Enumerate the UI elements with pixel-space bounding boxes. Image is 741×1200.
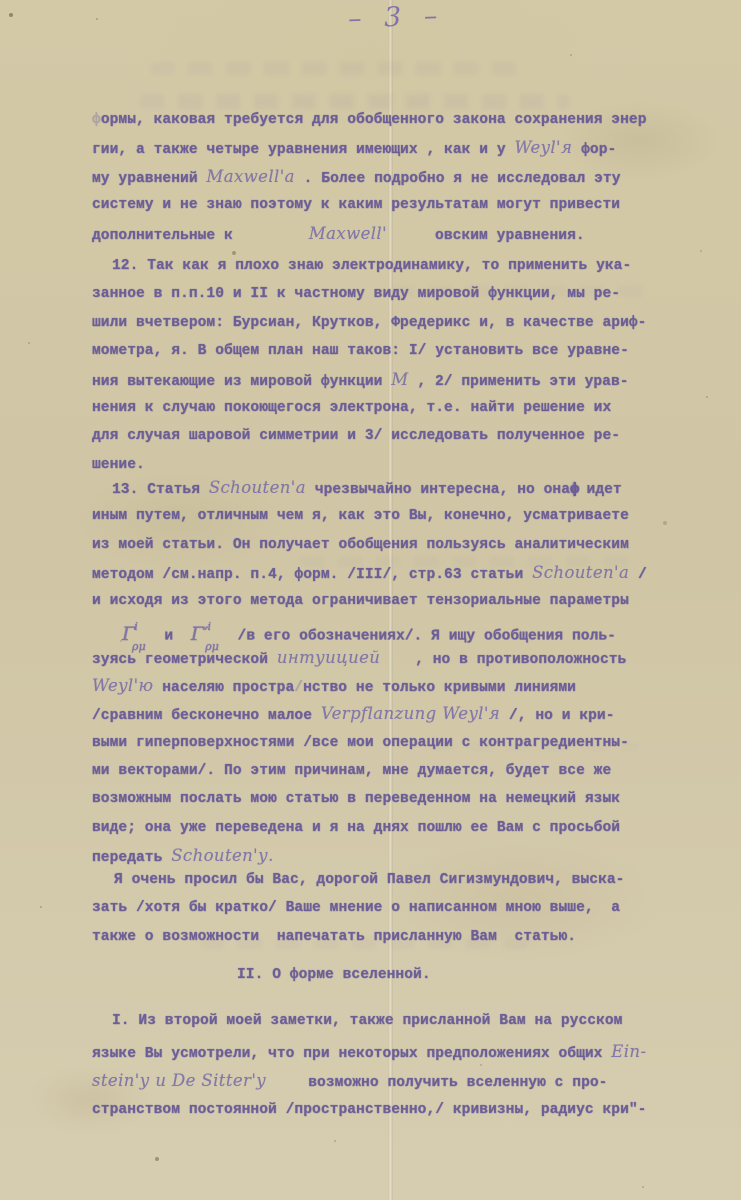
- text-line: странством постоянной /пространственно,/…: [92, 1096, 664, 1126]
- text-line: дополнительные кMaxwell'овским уравнения…: [92, 220, 664, 248]
- typed-text: /, но и кри-: [500, 708, 614, 724]
- page-number: – 3 –: [347, 0, 444, 34]
- gamma-tensor-symbol: Γ′iρμ: [191, 623, 220, 645]
- handwritten-text: Schouten'а: [209, 478, 306, 497]
- text-line: зуясь геометрической интуицией , но в пр…: [92, 644, 664, 672]
- typed-text: нения к случаю покоющегося электрона, т.…: [92, 400, 611, 416]
- typed-text: I. Из второй моей заметки, также прислан…: [112, 1013, 622, 1029]
- typed-text: ми векторами/. По этим причинам, мне дум…: [92, 763, 611, 779]
- typed-text: /сравним бесконечно малое: [92, 708, 321, 724]
- typed-text: передать: [92, 850, 171, 866]
- typed-text: шили вчетвером: Бурсиан, Крутков, Фредер…: [92, 315, 647, 331]
- paragraph-13: 13. Статья Schouten'а чрезвычайно интере…: [92, 474, 664, 870]
- text-line: stein'у и De Sitter'увозможно получить в…: [92, 1066, 664, 1096]
- typed-text: шение.: [92, 457, 145, 473]
- text-line: II. О форме вселенной.: [237, 961, 741, 989]
- text-line: гии, а также четыре уравнения имеющих , …: [92, 134, 664, 162]
- typed-text: выми гиперповерхностями /все мои операци…: [92, 735, 629, 751]
- text-line: иным путем, отличным чем я, как это Вы, …: [92, 502, 664, 530]
- typed-text: , 2/ применить эти урав-: [409, 374, 629, 390]
- text-line: 12. Так как я плохо знаю электродинамику…: [92, 252, 664, 280]
- typed-text: ния вытекающие из мировой функции: [92, 374, 391, 390]
- ink-bleedthrough: [150, 62, 530, 75]
- section-heading: II. О форме вселенной.: [237, 961, 741, 989]
- text-line: занное в п.п.10 и II к частному виду мир…: [92, 280, 664, 308]
- paper-specks: [0, 0, 2, 2]
- text-line: 13. Статья Schouten'а чрезвычайно интере…: [92, 474, 664, 502]
- text-line: нения к случаю покоющегося электрона, т.…: [92, 394, 664, 422]
- typed-text: овским уравнения.: [435, 228, 585, 244]
- typed-text: языке Вы усмотрели, что при некоторых пр…: [92, 1046, 611, 1062]
- text-line: Γiρμ и Γ′iρμ /в его обозначениях/. Я ищу…: [92, 615, 664, 643]
- typed-text: идет: [578, 482, 622, 498]
- typed-text: странством постоянной /пространственно,/…: [92, 1102, 647, 1118]
- text-line: Weyl'ю населяю простра/нство не только к…: [92, 672, 664, 700]
- typed-text: нство не только кривыми линиями: [303, 680, 576, 696]
- paragraph-continuation: формы, каковая требуется для обобщенного…: [92, 106, 664, 248]
- text-line: виде; она уже переведена и я на днях пош…: [92, 814, 664, 842]
- typed-text: иным путем, отличным чем я, как это Вы, …: [92, 508, 629, 524]
- paragraph-request: Я очень просил бы Вас, дорогой Павел Сиг…: [92, 866, 664, 951]
- text-line: Я очень просил бы Вас, дорогой Павел Сиг…: [92, 866, 664, 894]
- typed-text: зуясь геометрической: [92, 652, 277, 668]
- typed-text: гии, а также четыре уравнения имеющих , …: [92, 142, 514, 158]
- text-line: из моей статьи. Он получает обобщения по…: [92, 531, 664, 559]
- text-line: ния вытекающие из мировой функции M , 2/…: [92, 366, 664, 394]
- text-line: мометра, я. В общем план наш таков: I/ у…: [92, 337, 664, 365]
- faint-char: ф: [92, 112, 101, 128]
- typed-text: 13. Статья: [112, 482, 209, 498]
- typed-text: II. О форме вселенной.: [237, 967, 431, 983]
- typed-text: чрезвычайно интересна, но она: [306, 482, 570, 498]
- typed-text: /в его обозначениях/. Я ищу обобщения по…: [220, 629, 616, 645]
- typed-text: . Более подробно я не исследовал эту: [295, 171, 621, 187]
- handwritten-text: Weyl'ю: [92, 676, 153, 695]
- text-line: шили вчетвером: Бурсиан, Крутков, Фредер…: [92, 309, 664, 337]
- gamma-tensor-symbol: Γiρμ: [122, 623, 147, 645]
- overstruck-char: ф: [570, 482, 578, 498]
- text-line: языке Вы усмотрели, что при некоторых пр…: [92, 1037, 664, 1067]
- typed-text: ормы, каковая требуется для обобщенного …: [101, 112, 647, 128]
- typed-text: для случая шаровой симметрии и 3/ исслед…: [92, 428, 620, 444]
- text-line: также о возможности напечатать присланну…: [92, 923, 664, 951]
- typed-text: методом /см.напр. п.4, форм. /III/, стр.…: [92, 567, 532, 583]
- typed-text: и исходя из этого метода ограничивает те…: [92, 593, 629, 609]
- paragraph-I: I. Из второй моей заметки, также прислан…: [92, 1007, 664, 1125]
- text-line: /сравним бесконечно малое Verpflanzung W…: [92, 700, 664, 728]
- handwritten-text: Maxwell': [309, 224, 387, 243]
- handwritten-text: интуицией: [277, 648, 380, 667]
- typed-text: дополнительные к: [92, 228, 233, 244]
- text-line: зать /хотя бы кратко/ Ваше мнение о напи…: [92, 894, 664, 922]
- typed-text: и: [147, 629, 191, 645]
- faint-char: /: [294, 680, 303, 696]
- typed-text: населяю простра: [153, 680, 294, 696]
- handwritten-text: Maxwell'а: [206, 167, 294, 186]
- typed-text: , но в противоположность: [406, 652, 626, 668]
- typed-text: виде; она уже переведена и я на днях пош…: [92, 820, 620, 836]
- typed-text: также о возможности напечатать присланну…: [92, 929, 576, 945]
- typed-text: возможным послать мою статью в переведен…: [92, 791, 620, 807]
- handwritten-text: M: [391, 370, 408, 389]
- text-line: и исходя из этого метода ограничивает те…: [92, 587, 664, 615]
- handwritten-text: Weyl'я: [514, 138, 572, 157]
- letter-page: – 3 – формы, каковая требуется для обобщ…: [0, 0, 741, 1200]
- handwritten-text: stein'у и De Sitter'у: [92, 1071, 266, 1090]
- handwritten-text: Verpflanzung Weyl'я: [321, 704, 500, 723]
- handwritten-text: Schouten'у.: [171, 846, 274, 865]
- typed-text: мометра, я. В общем план наш таков: I/ у…: [92, 343, 629, 359]
- typed-text: из моей статьи. Он получает обобщения по…: [92, 537, 629, 553]
- typed-text: му уравнений: [92, 171, 206, 187]
- text-line: I. Из второй моей заметки, также прислан…: [92, 1007, 664, 1037]
- text-line: му уравнений Maxwell'а . Более подробно …: [92, 163, 664, 191]
- typed-text: занное в п.п.10 и II к частному виду мир…: [92, 286, 620, 302]
- paragraph-12: 12. Так как я плохо знаю электродинамику…: [92, 252, 664, 479]
- text-line: методом /см.напр. п.4, форм. /III/, стр.…: [92, 559, 664, 587]
- text-line: выми гиперповерхностями /все мои операци…: [92, 729, 664, 757]
- typed-text: возможно получить вселенную с про-: [308, 1075, 607, 1091]
- typed-text: 12. Так как я плохо знаю электродинамику…: [112, 258, 631, 274]
- handwritten-text: Schouten'а: [532, 563, 629, 582]
- handwritten-text: Ein-: [611, 1042, 646, 1061]
- text-line: возможным послать мою статью в переведен…: [92, 785, 664, 813]
- typed-text: систему и не знаю поэтому к каким резуль…: [92, 197, 620, 213]
- typed-text: фор-: [572, 142, 616, 158]
- typed-text: /: [629, 567, 647, 583]
- text-line: ми векторами/. По этим причинам, мне дум…: [92, 757, 664, 785]
- text-line: систему и не знаю поэтому к каким резуль…: [92, 191, 664, 219]
- typed-text: Я очень просил бы Вас, дорогой Павел Сиг…: [114, 872, 624, 888]
- typed-text: зать /хотя бы кратко/ Ваше мнение о напи…: [92, 900, 620, 916]
- text-line: для случая шаровой симметрии и 3/ исслед…: [92, 422, 664, 450]
- text-line: формы, каковая требуется для обобщенного…: [92, 106, 664, 134]
